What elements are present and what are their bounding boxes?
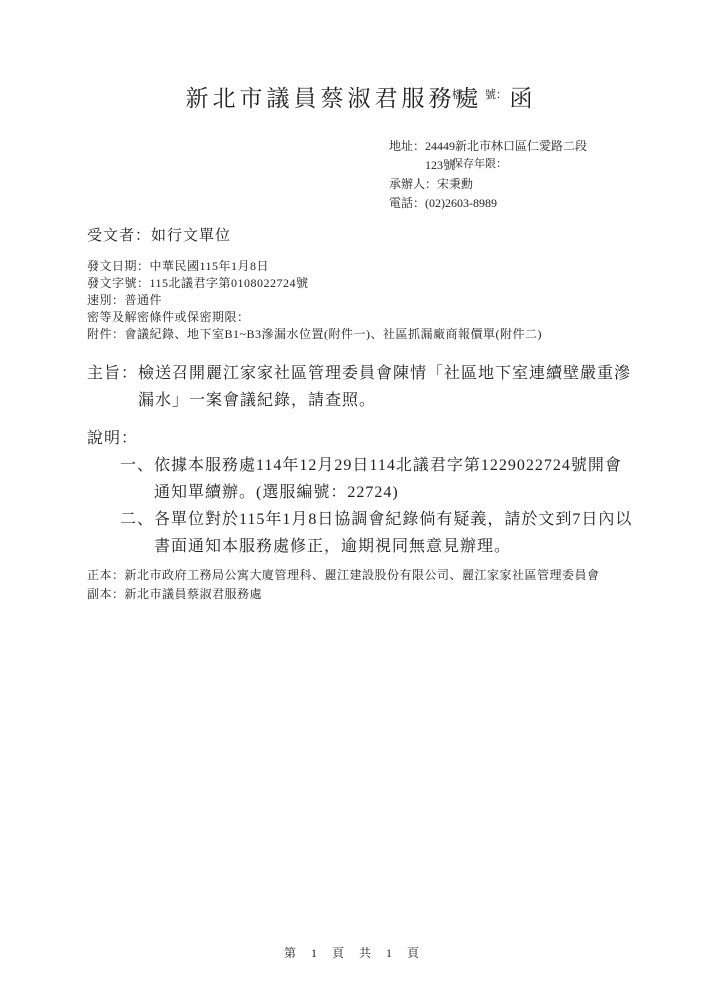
- subject-text: 檢送召開麗江家家社區管理委員會陳情「社區地下室連續壁嚴重滲漏水」一案會議紀錄，請…: [138, 360, 635, 414]
- explanation-item-1: 一、 依據本服務處114年12月29日114北議君字第1229022724號開會…: [120, 452, 635, 506]
- sender-info-block: 地址： 24449新北市林口區仁愛路二段123號 承辦人：宋秉勳 電話：(02)…: [389, 137, 635, 213]
- issue-number-line: 發文字號：115北議君字第0108022724號: [87, 275, 635, 292]
- document-meta-block: 發文日期：中華民國115年1月8日 發文字號：115北議君字第010802272…: [87, 258, 635, 343]
- item-text: 各單位對於115年1月8日協調會紀錄倘有疑義，請於文到7日內以書面通知本服務處修…: [154, 506, 635, 560]
- address-label: 地址：: [389, 137, 425, 175]
- copy-label: 副本：: [87, 585, 125, 604]
- address-value: 24449新北市林口區仁愛路二段123號: [425, 137, 595, 175]
- distribution-block: 正本： 新北市政府工務局公寓大廈管理科、麗江建設股份有限公司、麗江家家社區管理委…: [87, 566, 635, 604]
- issue-date-line: 發文日期：中華民國115年1月8日: [87, 258, 635, 275]
- page-number-footer: 第 1 頁 共 1 頁: [0, 944, 707, 961]
- speed-class-line: 速別：普通件: [87, 292, 635, 309]
- letter-content: 新北市議員蔡淑君服務處 函 地址： 24449新北市林口區仁愛路二段123號 承…: [87, 0, 635, 604]
- contact-person-line: 承辦人：宋秉勳: [389, 175, 635, 194]
- recipient-line: 受文者：如行文單位: [87, 224, 635, 245]
- original-label: 正本：: [87, 566, 125, 585]
- subject-section: 主旨： 檢送召開麗江家家社區管理委員會陳情「社區地下室連續壁嚴重滲漏水」一案會議…: [87, 360, 635, 414]
- copy-text: 新北市議員蔡淑君服務處: [125, 585, 635, 604]
- attachments-line: 附件：會議紀錄、地下室B1~B3滲漏水位置(附件一)、社區抓漏廠商報價單(附件二…: [87, 326, 635, 343]
- explanation-label: 說明：: [87, 425, 635, 452]
- original-recipients-line: 正本： 新北市政府工務局公寓大廈管理科、麗江建設股份有限公司、麗江家家社區管理委…: [87, 566, 635, 585]
- item-text: 依據本服務處114年12月29日114北議君字第1229022724號開會通知單…: [154, 452, 635, 506]
- security-class-line: 密等及解密條件或保密期限：: [87, 309, 635, 326]
- item-number: 二、: [120, 506, 154, 560]
- document-title: 新北市議員蔡淑君服務處 函: [87, 80, 635, 113]
- sender-address: 地址： 24449新北市林口區仁愛路二段123號: [389, 137, 635, 175]
- subject-label: 主旨：: [87, 360, 138, 414]
- original-text: 新北市政府工務局公寓大廈管理科、麗江建設股份有限公司、麗江家家社區管理委員會: [125, 566, 635, 585]
- item-number: 一、: [120, 452, 154, 506]
- phone-line: 電話：(02)2603-8989: [389, 194, 635, 213]
- copy-recipients-line: 副本： 新北市議員蔡淑君服務處: [87, 585, 635, 604]
- official-letter-page: 檔 號： 保存年限： 新北市議員蔡淑君服務處 函 地址： 24449新北市林口區…: [0, 0, 707, 1000]
- explanation-item-2: 二、 各單位對於115年1月8日協調會紀錄倘有疑義，請於文到7日內以書面通知本服…: [120, 506, 635, 560]
